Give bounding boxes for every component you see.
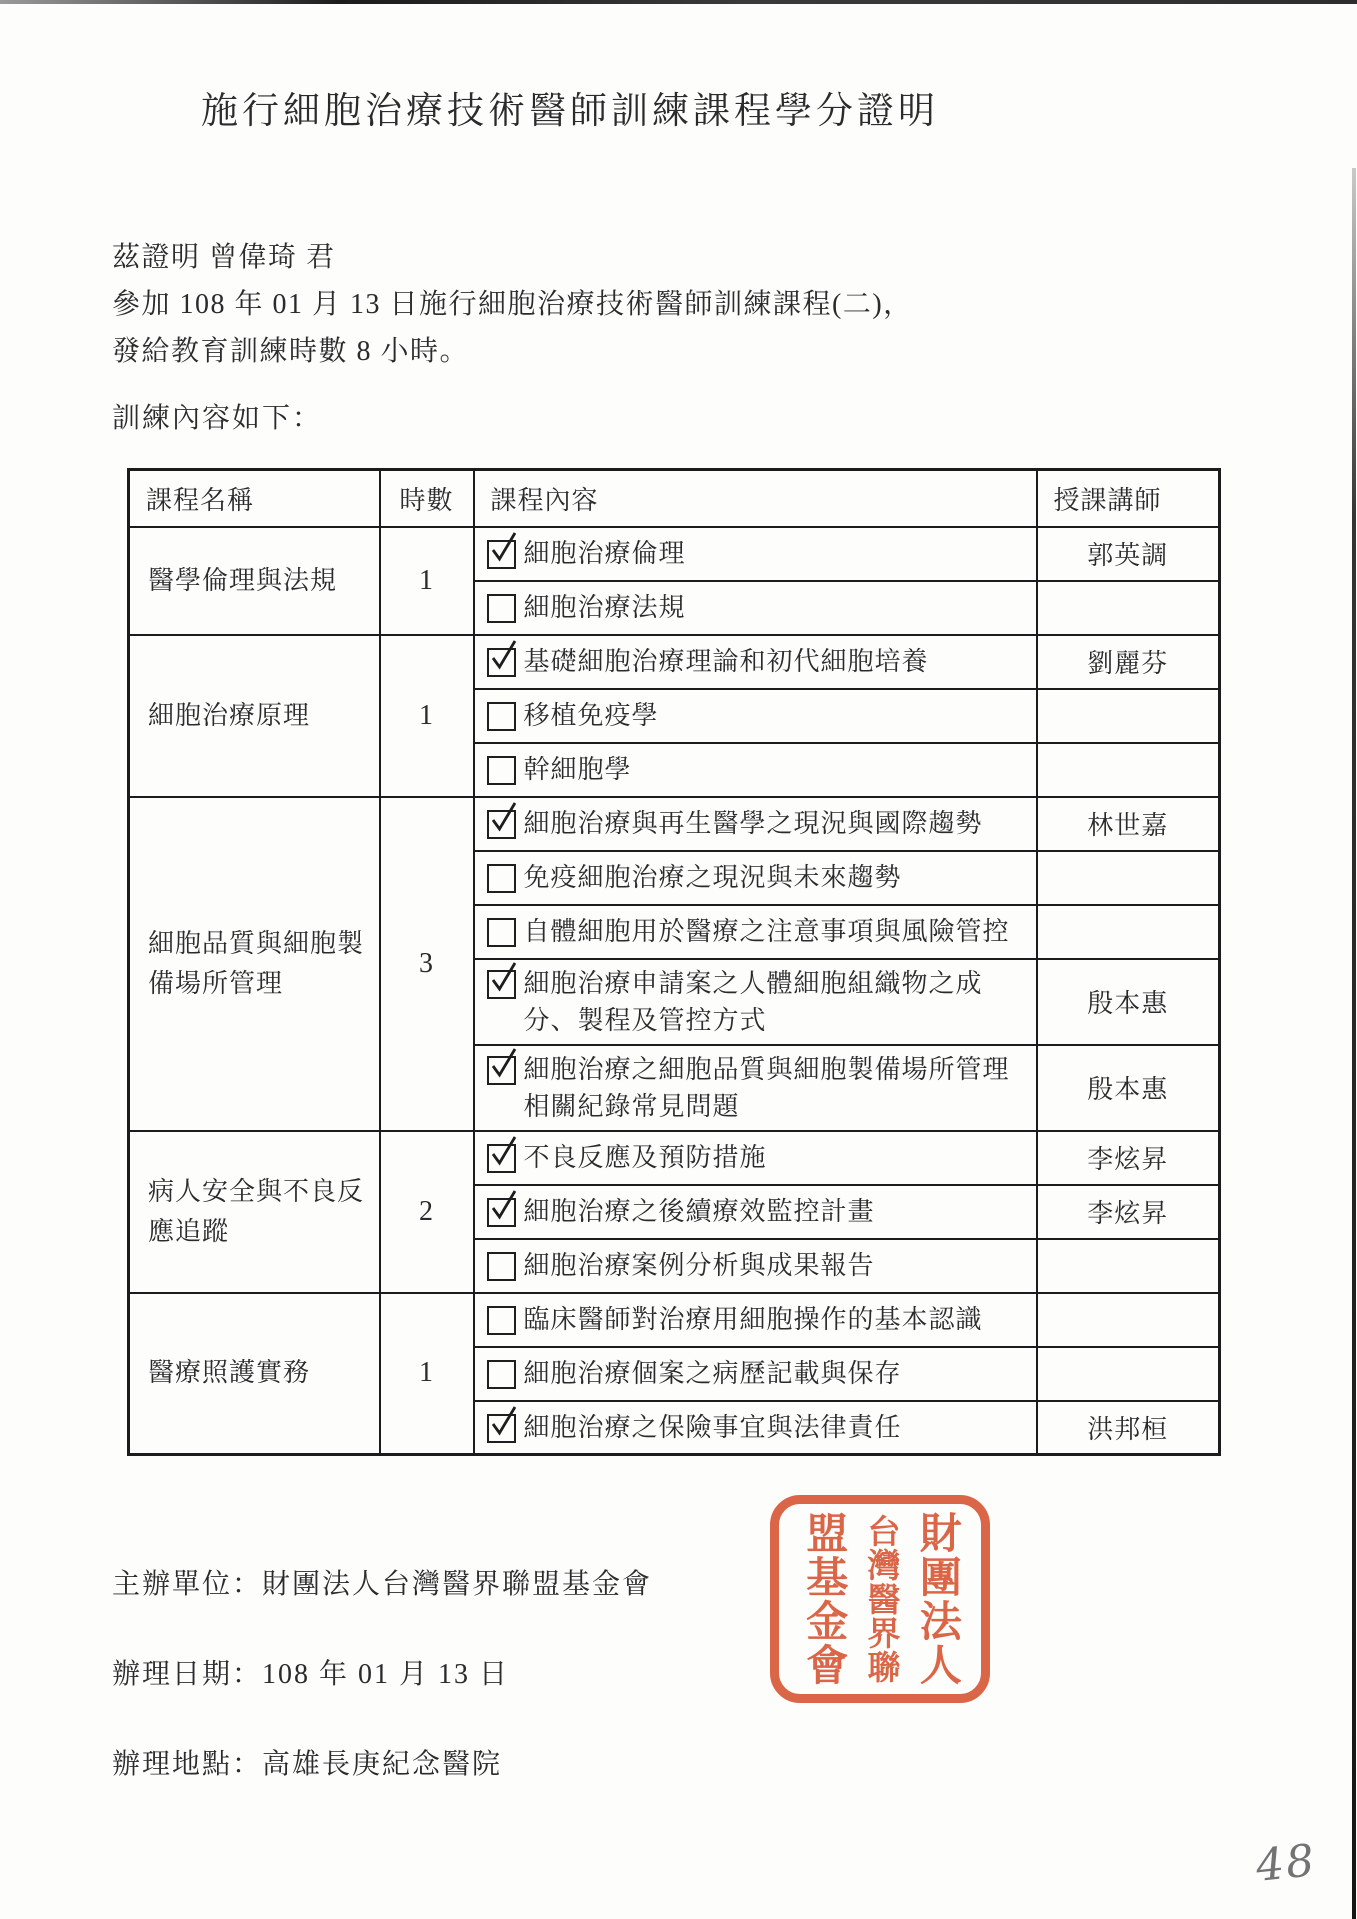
checked-checkbox-icon: [487, 1414, 516, 1443]
course-content-cell: 細胞治療案例分析與成果報告: [474, 1239, 1037, 1293]
course-content-item: 細胞治療之保險事宜與法律責任: [487, 1409, 1026, 1446]
course-content-label: 自體細胞用於醫療之注意事項與風險管控: [524, 913, 1010, 950]
checked-checkbox-icon: [487, 1056, 516, 1085]
course-content-cell: 細胞治療倫理: [474, 527, 1037, 581]
course-content-item: 免疫細胞治療之現況與未來趨勢: [487, 859, 1026, 896]
course-content-label: 不良反應及預防措施: [524, 1139, 767, 1176]
scanned-certificate-page: 施行細胞治療技術醫師訓練課程學分證明 茲證明 曾偉琦 君 參加 108 年 01…: [0, 0, 1357, 1919]
course-content-cell: 免疫細胞治療之現況與未來趨勢: [474, 851, 1037, 905]
course-hours-cell: 1: [380, 527, 474, 635]
course-content-item: 細胞治療個案之病歷記載與保存: [487, 1355, 1026, 1392]
unchecked-checkbox-icon: [487, 702, 516, 731]
course-content-item: 細胞治療與再生醫學之現況與國際趨勢: [487, 805, 1026, 842]
checked-checkbox-icon: [487, 1144, 516, 1173]
training-content-caption: 訓練內容如下：: [112, 396, 322, 436]
seal-text-column: 盟基金會: [802, 1511, 844, 1687]
lecturer-name-cell: [1037, 1347, 1220, 1401]
lecturer-name-cell: 李炫昇: [1037, 1185, 1220, 1239]
table-row: 醫療照護實務1臨床醫師對治療用細胞操作的基本認識: [129, 1293, 1220, 1347]
course-name-cell: 醫療照護實務: [129, 1293, 380, 1455]
course-content-cell: 不良反應及預防措施: [474, 1131, 1037, 1185]
course-content-cell: 細胞治療法規: [474, 581, 1037, 635]
lecturer-name-cell: [1037, 905, 1220, 959]
course-content-item: 不良反應及預防措施: [487, 1139, 1026, 1176]
course-content-label: 移植免疫學: [524, 697, 659, 734]
seal-text-column: 台灣醫界聯: [864, 1514, 897, 1684]
header-hours: 時數: [380, 470, 474, 527]
table-row: 病人安全與不良反應追蹤2不良反應及預防措施李炫昇: [129, 1131, 1220, 1185]
course-content-label: 細胞治療申請案之人體細胞組織物之成分、製程及管控方式: [524, 965, 1026, 1039]
location-line: 辦理地點：高雄長庚紀念醫院: [112, 1742, 502, 1782]
course-content-item: 幹細胞學: [487, 751, 1026, 788]
lecturer-name-cell: 劉麗芬: [1037, 635, 1220, 689]
unchecked-checkbox-icon: [487, 1306, 516, 1335]
lecturer-name-cell: [1037, 689, 1220, 743]
intro-line: 參加 108 年 01 月 13 日施行細胞治療技術醫師訓練課程(二)，: [112, 281, 1092, 328]
scan-right-edge-artifact: [1352, 168, 1356, 1919]
course-content-cell: 臨床醫師對治療用細胞操作的基本認識: [474, 1293, 1037, 1347]
course-hours-cell: 3: [380, 797, 474, 1131]
header-course-name: 課程名稱: [129, 470, 380, 527]
course-content-cell: 自體細胞用於醫療之注意事項與風險管控: [474, 905, 1037, 959]
intro-line: 發給教育訓練時數 8 小時。: [112, 328, 1092, 375]
lecturer-name-cell: 洪邦桓: [1037, 1401, 1220, 1455]
course-content-label: 細胞治療法規: [524, 589, 686, 626]
intro-line: 茲證明 曾偉琦 君: [112, 234, 1092, 281]
course-name-cell: 細胞治療原理: [129, 635, 380, 797]
lecturer-name-cell: 林世嘉: [1037, 797, 1220, 851]
course-hours-cell: 1: [380, 1293, 474, 1455]
header-course-content: 課程內容: [474, 470, 1037, 527]
lecturer-name-cell: [1037, 851, 1220, 905]
unchecked-checkbox-icon: [487, 918, 516, 947]
course-content-cell: 移植免疫學: [474, 689, 1037, 743]
course-content-item: 移植免疫學: [487, 697, 1026, 734]
course-content-item: 細胞治療之細胞品質與細胞製備場所管理相關紀錄常見問題: [487, 1051, 1026, 1125]
scan-top-edge-artifact: [0, 0, 1357, 4]
course-content-item: 基礎細胞治療理論和初代細胞培養: [487, 643, 1026, 680]
course-content-label: 細胞治療案例分析與成果報告: [524, 1247, 875, 1284]
course-name-cell: 病人安全與不良反應追蹤: [129, 1131, 380, 1293]
course-hours-cell: 1: [380, 635, 474, 797]
seal-text-column: 財團法人: [916, 1511, 958, 1687]
organizer-line: 主辦單位：財團法人台灣醫界聯盟基金會: [112, 1562, 652, 1602]
unchecked-checkbox-icon: [487, 1252, 516, 1281]
lecturer-name-cell: 李炫昇: [1037, 1131, 1220, 1185]
course-content-label: 基礎細胞治療理論和初代細胞培養: [524, 643, 929, 680]
table-row: 細胞治療原理1基礎細胞治療理論和初代細胞培養劉麗芬: [129, 635, 1220, 689]
course-content-item: 細胞治療法規: [487, 589, 1026, 626]
course-content-cell: 細胞治療之保險事宜與法律責任: [474, 1401, 1037, 1455]
unchecked-checkbox-icon: [487, 594, 516, 623]
course-content-cell: 細胞治療之細胞品質與細胞製備場所管理相關紀錄常見問題: [474, 1045, 1037, 1131]
foundation-seal-stamp: 財團法人 台灣醫界聯 盟基金會: [770, 1495, 990, 1703]
course-content-label: 細胞治療之後續療效監控計畫: [524, 1193, 875, 1230]
certificate-intro: 茲證明 曾偉琦 君 參加 108 年 01 月 13 日施行細胞治療技術醫師訓練…: [112, 234, 1092, 375]
checked-checkbox-icon: [487, 540, 516, 569]
course-content-label: 臨床醫師對治療用細胞操作的基本認識: [524, 1301, 983, 1338]
checked-checkbox-icon: [487, 810, 516, 839]
header-lecturer: 授課講師: [1037, 470, 1220, 527]
course-content-cell: 幹細胞學: [474, 743, 1037, 797]
table-row: 醫學倫理與法規1細胞治療倫理郭英調: [129, 527, 1220, 581]
unchecked-checkbox-icon: [487, 756, 516, 785]
course-hours-cell: 2: [380, 1131, 474, 1293]
course-content-label: 細胞治療倫理: [524, 535, 686, 572]
table-row: 細胞品質與細胞製備場所管理3細胞治療與再生醫學之現況與國際趨勢林世嘉: [129, 797, 1220, 851]
checked-checkbox-icon: [487, 648, 516, 677]
course-name-cell: 醫學倫理與法規: [129, 527, 380, 635]
lecturer-name-cell: [1037, 581, 1220, 635]
lecturer-name-cell: 殷本惠: [1037, 959, 1220, 1045]
course-content-cell: 細胞治療之後續療效監控計畫: [474, 1185, 1037, 1239]
course-content-label: 細胞治療個案之病歷記載與保存: [524, 1355, 902, 1392]
lecturer-name-cell: 殷本惠: [1037, 1045, 1220, 1131]
table-header-row: 課程名稱 時數 課程內容 授課講師: [129, 470, 1220, 527]
lecturer-name-cell: 郭英調: [1037, 527, 1220, 581]
course-content-cell: 細胞治療與再生醫學之現況與國際趨勢: [474, 797, 1037, 851]
course-content-item: 細胞治療案例分析與成果報告: [487, 1247, 1026, 1284]
course-content-item: 自體細胞用於醫療之注意事項與風險管控: [487, 913, 1026, 950]
lecturer-name-cell: [1037, 1239, 1220, 1293]
course-content-cell: 基礎細胞治療理論和初代細胞培養: [474, 635, 1037, 689]
date-line: 辦理日期：108 年 01 月 13 日: [112, 1652, 509, 1692]
certificate-title: 施行細胞治療技術醫師訓練課程學分證明: [115, 80, 1025, 134]
course-content-item: 細胞治療倫理: [487, 535, 1026, 572]
course-content-item: 細胞治療申請案之人體細胞組織物之成分、製程及管控方式: [487, 965, 1026, 1039]
lecturer-name-cell: [1037, 1293, 1220, 1347]
handwritten-page-number: 48: [1253, 1835, 1318, 1892]
course-content-item: 臨床醫師對治療用細胞操作的基本認識: [487, 1301, 1026, 1338]
course-content-cell: 細胞治療個案之病歷記載與保存: [474, 1347, 1037, 1401]
course-content-label: 細胞治療與再生醫學之現況與國際趨勢: [524, 805, 983, 842]
unchecked-checkbox-icon: [487, 864, 516, 893]
course-content-label: 細胞治療之細胞品質與細胞製備場所管理相關紀錄常見問題: [524, 1051, 1026, 1125]
course-content-label: 細胞治療之保險事宜與法律責任: [524, 1409, 902, 1446]
checked-checkbox-icon: [487, 1198, 516, 1227]
unchecked-checkbox-icon: [487, 1360, 516, 1389]
course-table-body: 醫學倫理與法規1細胞治療倫理郭英調細胞治療法規細胞治療原理1基礎細胞治療理論和初…: [129, 527, 1220, 1455]
course-content-item: 細胞治療之後續療效監控計畫: [487, 1193, 1026, 1230]
course-content-label: 免疫細胞治療之現況與未來趨勢: [524, 859, 902, 896]
lecturer-name-cell: [1037, 743, 1220, 797]
course-name-cell: 細胞品質與細胞製備場所管理: [129, 797, 380, 1131]
checked-checkbox-icon: [487, 970, 516, 999]
course-table: 課程名稱 時數 課程內容 授課講師 醫學倫理與法規1細胞治療倫理郭英調細胞治療法…: [127, 468, 1221, 1456]
course-content-cell: 細胞治療申請案之人體細胞組織物之成分、製程及管控方式: [474, 959, 1037, 1045]
course-content-label: 幹細胞學: [524, 751, 632, 788]
